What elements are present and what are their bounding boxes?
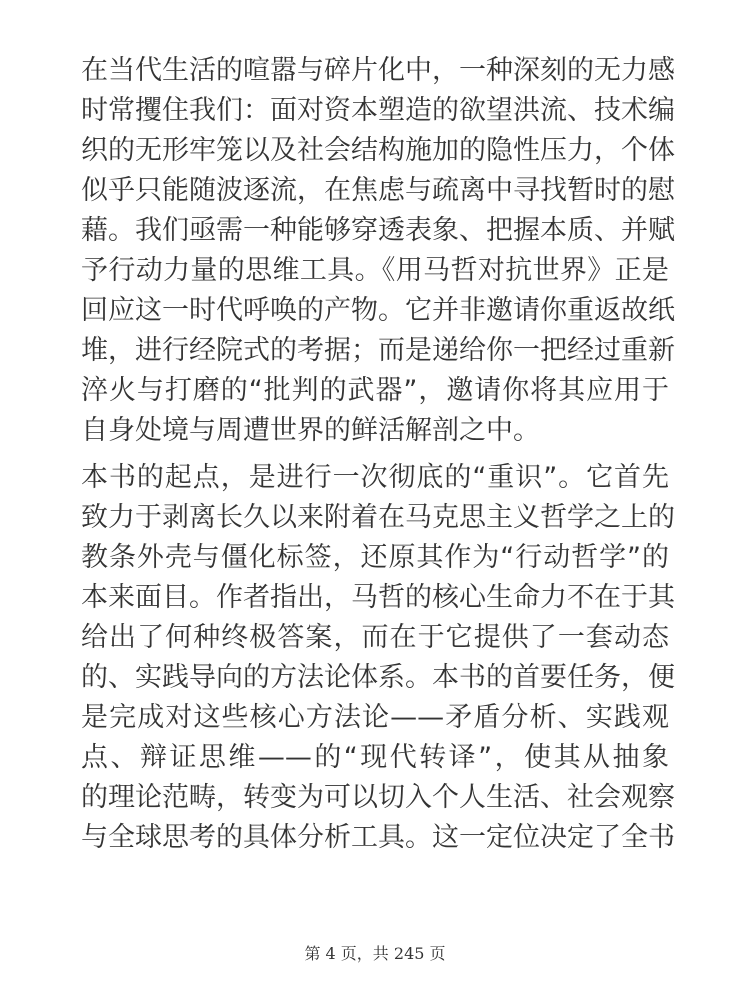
- text-line: 是完成对这些核心方法论——矛盾分析、实践观: [81, 698, 669, 738]
- text-line: 织的无形牢笼以及社会结构施加的隐性压力，个体: [81, 131, 669, 171]
- text-line: 本来面目。作者指出，马哲的核心生命力不在于其: [81, 578, 669, 618]
- text-line: 点、辩证思维——的“现代转译”，使其从抽象: [81, 738, 669, 778]
- text-line: 淬火与打磨的“批判的武器”，邀请你将其应用于: [81, 371, 669, 411]
- text-line: 致力于剥离长久以来附着在马克思主义哲学之上的: [81, 498, 669, 538]
- text-line: 在当代生活的喧嚣与碎片化中，一种深刻的无力感: [81, 51, 669, 91]
- text-line: 本书的起点，是进行一次彻底的“重识”。它首先: [81, 458, 669, 498]
- text-line: 予行动力量的思维工具。《用马哲对抗世界》正是: [81, 251, 669, 291]
- text-line: 教条外壳与僵化标签，还原其作为“行动哲学”的: [81, 538, 669, 578]
- paragraph: 本书的起点，是进行一次彻底的“重识”。它首先致力于剥离长久以来附着在马克思主义哲…: [81, 458, 669, 858]
- text-line: 堆，进行经院式的考据；而是递给你一把经过重新: [81, 331, 669, 371]
- text-line: 自身处境与周遭世界的鲜活解剖之中。: [81, 411, 669, 451]
- text-line: 似乎只能随波逐流，在焦虑与疏离中寻找暂时的慰: [81, 171, 669, 211]
- page-text: 在当代生活的喧嚣与碎片化中，一种深刻的无力感时常攫住我们：面对资本塑造的欲望洪流…: [81, 51, 669, 865]
- text-line: 的理论范畴，转变为可以切入个人生活、社会观察: [81, 778, 669, 818]
- text-line: 与全球思考的具体分析工具。这一定位决定了全书: [81, 818, 669, 858]
- text-line: 的、实践导向的方法论体系。本书的首要任务，便: [81, 658, 669, 698]
- text-line: 时常攫住我们：面对资本塑造的欲望洪流、技术编: [81, 91, 669, 131]
- paragraph: 在当代生活的喧嚣与碎片化中，一种深刻的无力感时常攫住我们：面对资本塑造的欲望洪流…: [81, 51, 669, 451]
- page-indicator: 第 4 页，共 245 页: [0, 944, 750, 964]
- text-line: 藉。我们亟需一种能够穿透表象、把握本质、并赋: [81, 211, 669, 251]
- text-line: 回应这一时代呼唤的产物。它并非邀请你重返故纸: [81, 291, 669, 331]
- reader-page: 在当代生活的喧嚣与碎片化中，一种深刻的无力感时常攫住我们：面对资本塑造的欲望洪流…: [0, 0, 750, 1000]
- text-line: 给出了何种终极答案，而在于它提供了一套动态: [81, 618, 669, 658]
